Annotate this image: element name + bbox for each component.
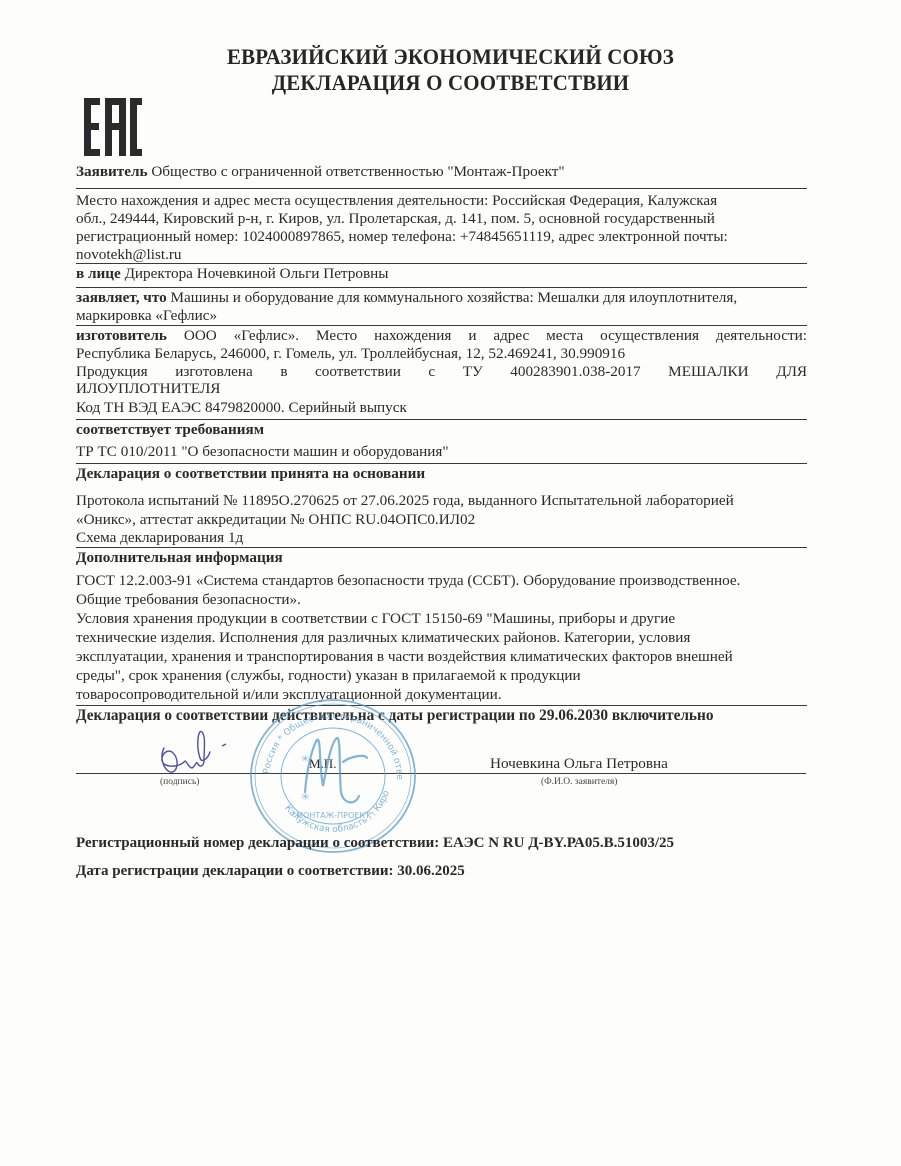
additional-line: технические изделия. Исполнения для разл… <box>76 629 690 646</box>
manufacturer-value: ООО «Гефлис». Место нахождения и адрес м… <box>184 327 807 344</box>
manufacturer-row: изготовитель ООО «Гефлис». Место нахожде… <box>76 327 807 344</box>
eac-mark-icon <box>84 98 142 156</box>
declaration-page: ЕВРАЗИЙСКИЙ ЭКОНОМИЧЕСКИЙ СОЮЗ ДЕКЛАРАЦИ… <box>0 0 901 1166</box>
hs-code: Код ТН ВЭД ЕАЭС 8479820000. Серийный вып… <box>76 399 407 416</box>
manufacturer-address: Республика Беларусь, 246000, г. Гомель, … <box>76 345 625 362</box>
svg-text:✳: ✳ <box>301 792 309 803</box>
applicant-label: Заявитель <box>76 163 148 180</box>
address-line: обл., 249444, Кировский р-н, г. Киров, у… <box>76 210 715 227</box>
divider <box>76 188 807 189</box>
represented-by-row: в лице Директора Ночевкиной Ольги Петров… <box>76 265 388 282</box>
basis-label: Декларация о соответствии принята на осн… <box>76 465 425 482</box>
divider <box>76 287 807 288</box>
svg-text:"МОНТАЖ-ПРОЕКТ": "МОНТАЖ-ПРОЕКТ" <box>292 811 373 820</box>
additional-line: ГОСТ 12.2.003-91 «Система стандартов без… <box>76 572 740 589</box>
additional-line: Условия хранения продукции в соответстви… <box>76 610 675 627</box>
declares-row: заявляет, что Машины и оборудование для … <box>76 289 737 306</box>
requirements-value: ТР ТС 010/2011 "О безопасности машин и о… <box>76 443 449 460</box>
divider <box>76 419 807 420</box>
basis-line: «Оникс», аттестат аккредитации № ОНПС RU… <box>76 511 475 528</box>
additional-line: среды", срок хранения (службы, годности)… <box>76 667 581 684</box>
represented-by-value: Директора Ночевкиной Ольги Петровны <box>125 265 389 282</box>
requirements-label: соответствует требованиям <box>76 421 264 438</box>
divider <box>76 263 807 264</box>
signer-caption: (Ф.И.О. заявителя) <box>541 777 617 787</box>
declares-marking: маркировка «Гефлис» <box>76 307 217 324</box>
product-spec: Продукция изготовлена в соответствии с Т… <box>76 363 807 380</box>
divider <box>76 547 807 548</box>
product-spec-cont: ИЛОУПЛОТНИТЕЛЯ <box>76 380 220 397</box>
union-title: ЕВРАЗИЙСКИЙ ЭКОНОМИЧЕСКИЙ СОЮЗ <box>32 44 870 70</box>
applicant-value: Общество с ограниченной ответственностью… <box>151 163 564 180</box>
additional-line: эксплуатации, хранения и транспортирован… <box>76 648 733 665</box>
address-line: регистрационный номер: 1024000897865, но… <box>76 228 728 245</box>
divider <box>76 325 807 326</box>
address-line: Место нахождения и адрес места осуществл… <box>76 192 717 209</box>
additional-line: Общие требования безопасности». <box>76 591 301 608</box>
basis-line: Протокола испытаний № 11895О.270625 от 2… <box>76 492 734 509</box>
signer-name: Ночевкина Ольга Петровна <box>490 755 668 772</box>
company-stamp-icon: Россия * Общество с ограниченной ответст… <box>247 696 419 856</box>
declares-label: заявляет, что <box>76 289 167 306</box>
divider <box>76 705 807 706</box>
divider <box>76 463 807 464</box>
signature-caption: (подпись) <box>160 777 199 787</box>
registration-date: Дата регистрации декларации о соответств… <box>76 863 465 880</box>
represented-by-label: в лице <box>76 265 121 282</box>
declares-value: Машины и оборудование для коммунального … <box>171 289 738 306</box>
additional-label: Дополнительная информация <box>76 549 283 566</box>
manufacturer-label: изготовитель <box>76 327 167 344</box>
declaration-scheme: Схема декларирования 1д <box>76 529 243 546</box>
handwritten-signature <box>150 728 230 778</box>
registration-number: Регистрационный номер декларации о соотв… <box>76 835 674 852</box>
document-title: ДЕКЛАРАЦИЯ О СООТВЕТСТВИИ <box>32 70 870 96</box>
svg-text:✳: ✳ <box>301 754 309 765</box>
address-email: novotekh@list.ru <box>76 246 182 263</box>
applicant-row: Заявитель Общество с ограниченной ответс… <box>76 163 565 180</box>
